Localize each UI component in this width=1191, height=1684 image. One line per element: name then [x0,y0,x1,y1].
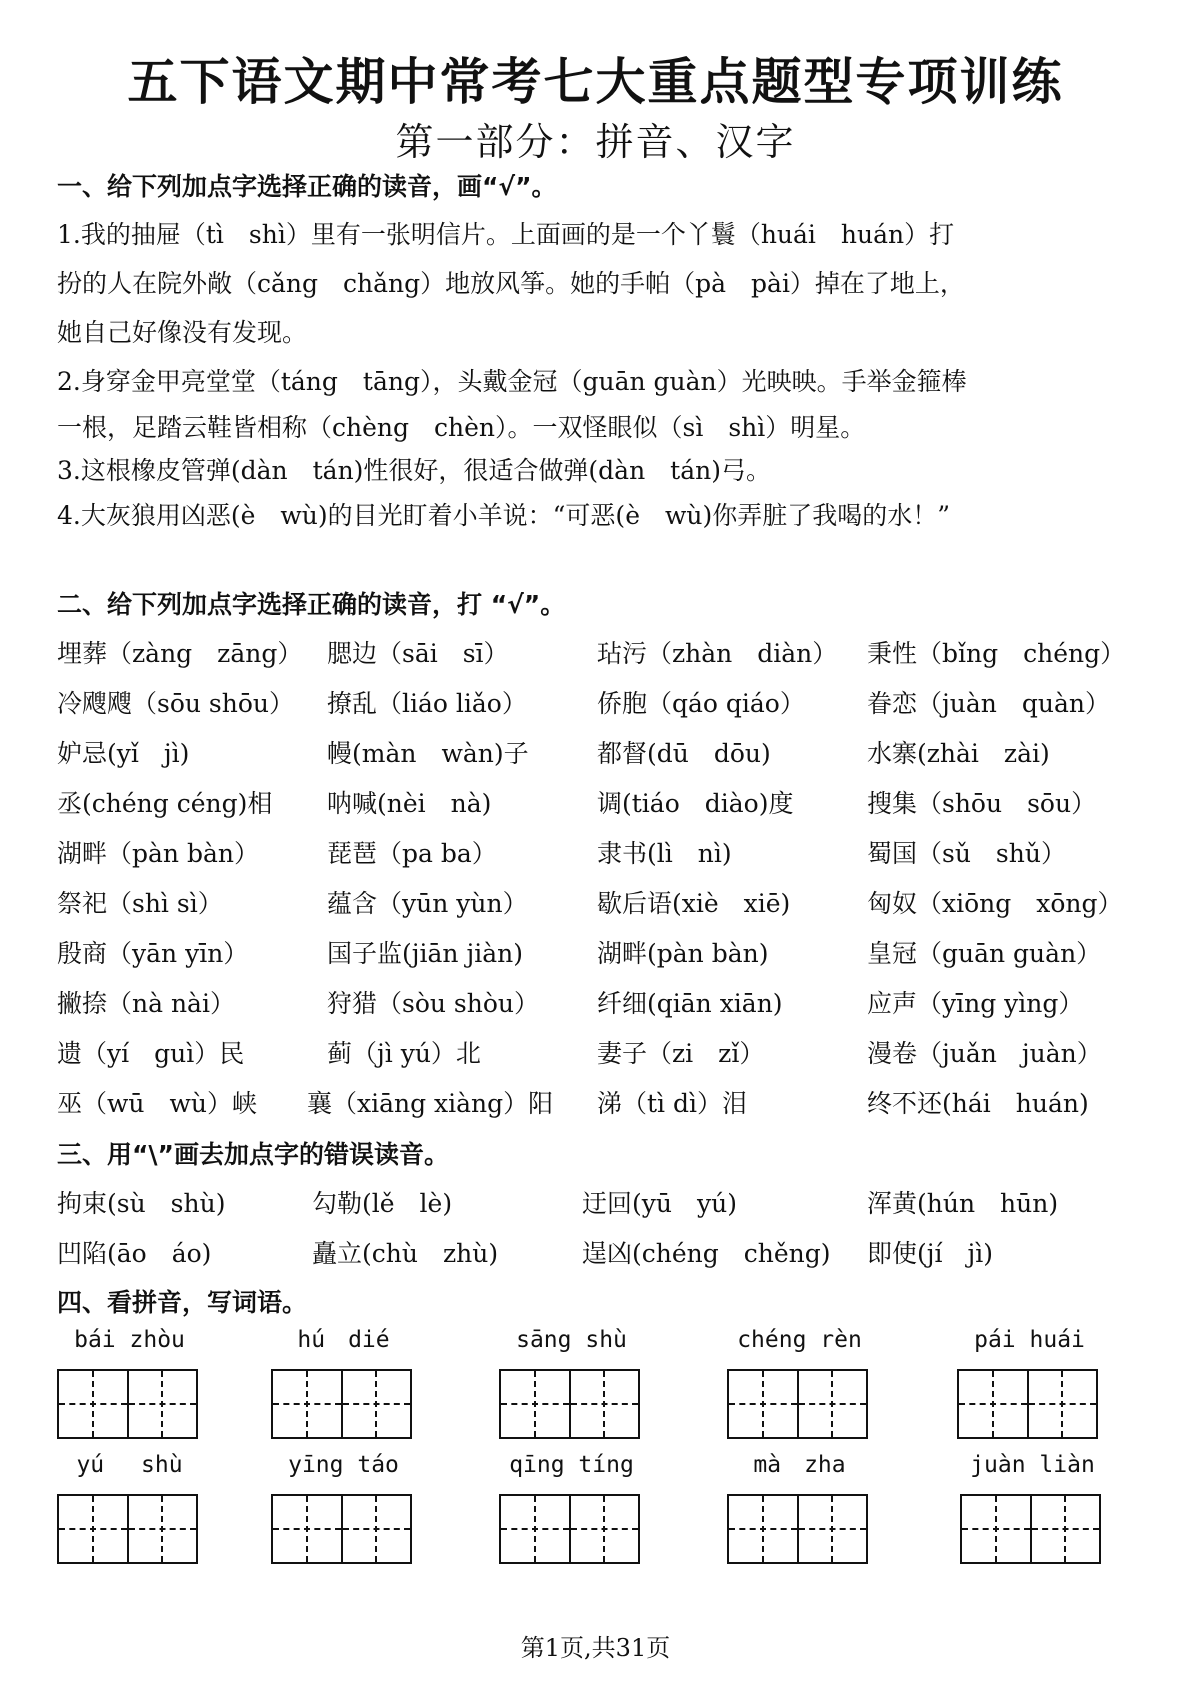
write-word-item: sāng shù [499,1325,644,1439]
tianzige-boxes[interactable] [271,1494,412,1564]
pinyin-item: 迂回(yū yú) [582,1186,737,1222]
write-word-item: chéng rèn [727,1325,872,1439]
write-word-item: juàn liàn [960,1450,1105,1564]
pinyin-item: 勾勒(lě lè) [312,1186,452,1222]
pinyin-item: 蜀国（sǔ shǔ） [867,836,1066,872]
pinyin-item: 祭祀（shì sì） [57,886,223,922]
page-number: 第1页,共31页 [0,1632,1191,1664]
pinyin-item: 湖畔（pàn bàn） [57,836,259,872]
section1-line: 4.大灰狼用凶恶(è wù)的目光盯着小羊说：“可恶(è wù)你弄脏了我喝的水… [57,498,950,534]
tianzige-boxes[interactable] [727,1494,868,1564]
pinyin-item: 玷污（zhàn diàn） [597,636,837,672]
pinyin-item: 遗（yí guì）民 [57,1036,244,1072]
pinyin-prompt: chéng rèn [727,1325,872,1355]
section1-line: 她自己好像没有发现。 [57,315,307,351]
section1-line: 3.这根橡皮管弹(dàn tán)性很好，很适合做弹(dàn tán)弓。 [57,453,771,489]
pinyin-item: 襄（xiāng xiàng）阳 [307,1086,553,1122]
pinyin-item: 纤细(qiān xiān) [597,986,783,1022]
page-subtitle: 第一部分：拼音、汉字 [0,118,1191,166]
pinyin-item: 琵琶（pa ba） [327,836,497,872]
write-word-item: qīng tíng [499,1450,644,1564]
pinyin-item: 调(tiáo diào)度 [597,786,793,822]
write-word-item: yú shù [57,1450,202,1564]
pinyin-item: 幔(màn wàn)子 [327,736,529,772]
pinyin-item: 狩猎（sòu shòu） [327,986,539,1022]
pinyin-item: 埋葬（zàng zāng） [57,636,302,672]
pinyin-item: 国子监(jiān jiàn) [327,936,523,972]
tianzige-boxes[interactable] [727,1369,868,1439]
pinyin-item: 侨胞（qáo qiáo） [597,686,805,722]
pinyin-item: 匈奴（xiōng xōng） [867,886,1123,922]
pinyin-item: 冷飕飕（sōu shōu） [57,686,294,722]
pinyin-item: 应声（yīng yìng） [867,986,1083,1022]
pinyin-item: 隶书(lì nì) [597,836,732,872]
write-word-item: bái zhòu [57,1325,202,1439]
tianzige-boxes[interactable] [57,1494,198,1564]
pinyin-item: 漫卷（juǎn juàn） [867,1036,1102,1072]
write-word-item: pái huái [957,1325,1102,1439]
pinyin-item: 蕴含（yūn yùn） [327,886,528,922]
pinyin-item: 妻子（zi zǐ） [597,1036,764,1072]
pinyin-item: 凹陷(āo áo) [57,1236,211,1272]
pinyin-item: 撇捺（nà nài） [57,986,235,1022]
section1-heading: 一、给下列加点字选择正确的读音，画“√”。 [57,170,557,204]
pinyin-item: 涕（tì dì）泪 [597,1086,747,1122]
write-word-item: hú dié [271,1325,416,1439]
pinyin-item: 呐喊(nèi nà) [327,786,491,822]
tianzige-boxes[interactable] [271,1369,412,1439]
pinyin-prompt: yú shù [57,1450,202,1480]
pinyin-item: 腮边（sāi sī） [327,636,509,672]
pinyin-prompt: hú dié [271,1325,416,1355]
pinyin-item: 都督(dū dōu) [597,736,771,772]
pinyin-item: 殷商（yān yīn） [57,936,248,972]
pinyin-item: 浑黄(hún hūn) [867,1186,1058,1222]
pinyin-item: 搜集（shōu sōu） [867,786,1096,822]
pinyin-item: 巫（wū wù）峡 [57,1086,257,1122]
section1-line: 一根，足踏云鞋皆相称（chèng chèn）。一双怪眼似（sì shì）明星。 [57,410,865,446]
section1-line: 2.身穿金甲亮堂堂（táng tāng），头戴金冠（guān guàn）光映映。… [57,364,967,400]
pinyin-item: 丞(chéng céng)相 [57,786,272,822]
pinyin-prompt: mà zha [727,1450,872,1480]
pinyin-item: 皇冠（guān guàn） [867,936,1101,972]
pinyin-item: 妒忌(yǐ jì) [57,736,189,772]
pinyin-item: 秉性（bǐng chéng） [867,636,1125,672]
tianzige-boxes[interactable] [960,1494,1101,1564]
pinyin-item: 湖畔(pàn bàn) [597,936,768,972]
tianzige-boxes[interactable] [57,1369,198,1439]
section2-heading: 二、给下列加点字选择正确的读音，打 “√”。 [57,588,565,622]
pinyin-prompt: juàn liàn [960,1450,1105,1480]
pinyin-prompt: yīng táo [271,1450,416,1480]
section1-line: 扮的人在院外敞（cǎng chǎng）地放风筝。她的手帕（pà pài）掉在了地… [57,266,965,302]
pinyin-item: 矗立(chù zhù) [312,1236,498,1272]
tianzige-boxes[interactable] [957,1369,1098,1439]
pinyin-prompt: qīng tíng [499,1450,644,1480]
pinyin-item: 水寨(zhài zài) [867,736,1050,772]
page-title: 五下语文期中常考七大重点题型专项训练 [0,52,1191,112]
worksheet-page: 五下语文期中常考七大重点题型专项训练 第一部分：拼音、汉字 一、给下列加点字选择… [0,0,1191,1684]
pinyin-prompt: pái huái [957,1325,1102,1355]
pinyin-item: 眷恋（juàn quàn） [867,686,1110,722]
section4-heading: 四、看拼音，写词语。 [57,1286,307,1320]
pinyin-prompt: sāng shù [499,1325,644,1355]
section1-line: 1.我的抽屉（tì shì）里有一张明信片。上面画的是一个丫鬟（huái huá… [57,217,954,253]
pinyin-item: 拘束(sù shù) [57,1186,225,1222]
pinyin-prompt: bái zhòu [57,1325,202,1355]
pinyin-item: 即使(jí jì) [867,1236,993,1272]
write-word-item: mà zha [727,1450,872,1564]
tianzige-boxes[interactable] [499,1494,640,1564]
pinyin-item: 逞凶(chéng chěng) [582,1236,831,1272]
tianzige-boxes[interactable] [499,1369,640,1439]
pinyin-item: 终不还(hái huán) [867,1086,1089,1122]
pinyin-item: 蓟（jì yú）北 [327,1036,481,1072]
pinyin-item: 歇后语(xiè xiē) [597,886,790,922]
section3-heading: 三、用“\”画去加点字的错误读音。 [57,1138,449,1172]
pinyin-item: 撩乱（liáo liǎo） [327,686,527,722]
write-word-item: yīng táo [271,1450,416,1564]
